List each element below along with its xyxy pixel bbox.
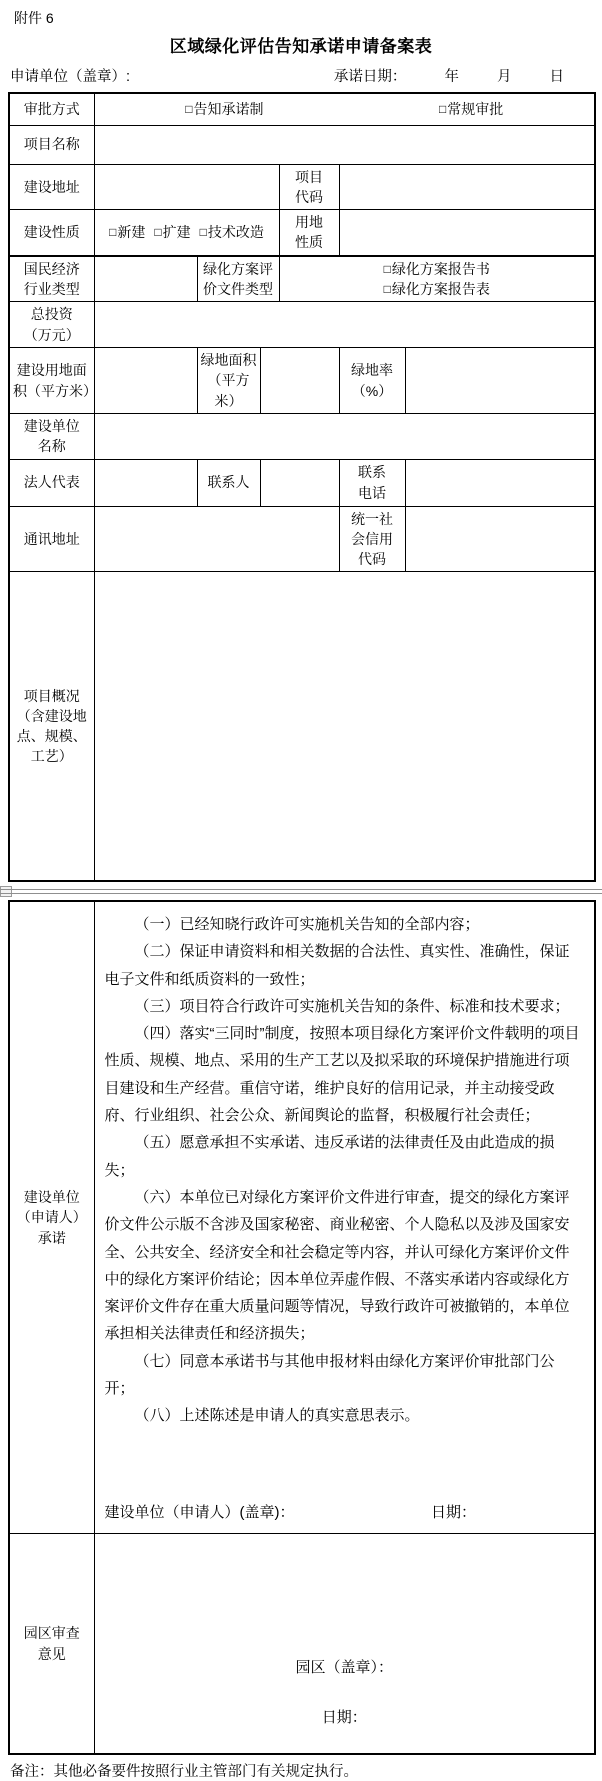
checkbox-icon[interactable]: □ <box>384 262 391 276</box>
legal-rep-field[interactable] <box>94 459 197 506</box>
commitment-date-label: 日期： <box>431 1502 476 1524</box>
mail-address-label: 通讯地址 <box>9 506 94 572</box>
commitment-item: （二）保证申请资料和相关数据的合法性、真实性、准确性，保证电子文件和纸质资料的一… <box>105 938 585 993</box>
table-row: 国民经济 行业类型 绿化方案评 价文件类型 □绿化方案报告书 □绿化方案报告表 <box>9 256 595 302</box>
option-label: 告知承诺制 <box>194 101 264 117</box>
commitment-row-label: 建设单位 （申请人） 承诺 <box>9 901 94 1534</box>
table-row: 建设单位 名称 <box>9 413 595 459</box>
table-row: 总投资 （万元） <box>9 302 595 348</box>
green-rate-label: 绿地率 （%） <box>339 348 405 414</box>
option-expansion[interactable]: □扩建 <box>154 222 190 242</box>
park-date-label: 日期： <box>322 1707 367 1729</box>
investment-label: 总投资 （万元） <box>9 302 94 348</box>
park-review-label: 园区审查 意见 <box>9 1534 94 1754</box>
option-label: 新建 <box>117 224 145 240</box>
commitment-content: （一）已经知晓行政许可实施机关告知的全部内容； （二）保证申请资料和相关数据的合… <box>94 901 595 1534</box>
checkbox-icon[interactable]: □ <box>109 225 116 239</box>
promise-date-label: 承诺日期： <box>334 65 407 86</box>
table-row: 建设性质 □新建 □扩建 □技术改造 用地 性质 <box>9 210 595 256</box>
overview-field[interactable] <box>94 572 595 881</box>
nature-options-cell: □新建 □扩建 □技术改造 <box>94 210 279 256</box>
applicant-stamp-label: 申请单位（盖章）: <box>10 65 130 86</box>
land-use-label: 用地 性质 <box>279 210 339 256</box>
table-row: 审批方式 □告知承诺制 □常规审批 <box>9 93 595 125</box>
park-review-field[interactable]: 园区（盖章）： 日期： <box>94 1534 595 1754</box>
unit-name-field[interactable] <box>94 413 595 459</box>
legal-rep-label: 法人代表 <box>9 459 94 506</box>
eval-doc-type-label: 绿化方案评 价文件类型 <box>197 256 279 302</box>
project-name-label: 项目名称 <box>9 125 94 164</box>
table-row: 园区审查 意见 园区（盖章）： 日期： <box>9 1534 595 1754</box>
option-notification-commitment[interactable]: □告知承诺制 <box>185 99 263 119</box>
checkbox-icon[interactable]: □ <box>154 225 161 239</box>
checkbox-icon[interactable]: □ <box>185 102 192 116</box>
commitment-table: 建设单位 （申请人） 承诺 （一）已经知晓行政许可实施机关告知的全部内容； （二… <box>8 900 596 1755</box>
phone-label: 联系 电话 <box>339 459 405 506</box>
green-rate-field[interactable] <box>405 348 595 414</box>
form-page: 附件 6 区域绿化评估告知承诺申请备案表 申请单位（盖章）: 承诺日期： 年 月… <box>0 0 602 1781</box>
approval-method-cell: □告知承诺制 □常规审批 <box>94 93 595 125</box>
page-title: 区域绿化评估告知承诺申请备案表 <box>8 32 594 57</box>
table-row: 项目名称 <box>9 125 595 164</box>
commitment-signature-row: 建设单位（申请人）(盖章)： 日期： <box>105 1502 585 1524</box>
commitment-item: （七）同意本承诺书与其他申报材料由绿化方案评价审批部门公开； <box>105 1348 585 1403</box>
option-regular-approval[interactable]: □常规审批 <box>439 99 503 119</box>
day-unit: 日 <box>550 65 565 86</box>
footer-note: 备注：其他必备要件按照行业主管部门有关规定执行。 <box>8 1755 594 1781</box>
option-technical-renovation[interactable]: □技术改造 <box>200 222 264 242</box>
commitment-item: （八）上述陈述是申请人的真实意思表示。 <box>105 1402 585 1429</box>
table-row: 法人代表 联系人 联系 电话 <box>9 459 595 506</box>
page-break-line <box>0 889 602 890</box>
commitment-item: （五）愿意承担不实承诺、违反承诺的法律责任及由此造成的损失； <box>105 1129 585 1184</box>
page-break-marker <box>0 885 602 898</box>
project-info-table: 审批方式 □告知承诺制 □常规审批 项目名称 建设地址 项目 代码 建设性质 □… <box>8 92 596 882</box>
eval-doc-options-cell: □绿化方案报告书 □绿化方案报告表 <box>279 256 595 302</box>
industry-type-field[interactable] <box>94 256 197 302</box>
option-greening-report-form[interactable]: □绿化方案报告表 <box>384 279 490 299</box>
option-label: 常规审批 <box>447 101 503 117</box>
checkbox-icon[interactable]: □ <box>200 225 207 239</box>
park-stamp-label: 园区（盖章）： <box>295 1657 393 1679</box>
project-name-field[interactable] <box>94 125 595 164</box>
table-row: 建设单位 （申请人） 承诺 （一）已经知晓行政许可实施机关告知的全部内容； （二… <box>9 901 595 1534</box>
mail-address-field[interactable] <box>94 506 339 572</box>
option-label: 绿化方案报告书 <box>392 261 490 277</box>
investment-field[interactable] <box>94 302 595 348</box>
table-row: 项目概况 （含建设地 点、规模、 工艺） <box>9 572 595 881</box>
land-area-field[interactable] <box>94 348 197 414</box>
page-break-tab-icon <box>0 886 12 897</box>
green-area-field[interactable] <box>260 348 339 414</box>
year-unit: 年 <box>444 65 459 86</box>
option-new-construction[interactable]: □新建 <box>109 222 145 242</box>
table-row: 建设地址 项目 代码 <box>9 164 595 210</box>
phone-field[interactable] <box>405 459 595 506</box>
form-header-line: 申请单位（盖章）: 承诺日期： 年 月 日 <box>8 65 594 92</box>
address-field[interactable] <box>94 164 279 210</box>
credit-code-field[interactable] <box>405 506 595 572</box>
commitment-item: （四）落实“三同时”制度，按照本项目绿化方案评价文件载明的项目性质、规模、地点、… <box>105 1020 585 1129</box>
address-label: 建设地址 <box>9 164 94 210</box>
option-label: 技术改造 <box>208 224 264 240</box>
contact-label: 联系人 <box>197 459 260 506</box>
overview-label: 项目概况 （含建设地 点、规模、 工艺） <box>9 572 94 881</box>
unit-name-label: 建设单位 名称 <box>9 413 94 459</box>
option-label: 绿化方案报告表 <box>392 281 490 297</box>
checkbox-icon[interactable]: □ <box>439 102 446 116</box>
commitment-signature-label: 建设单位（申请人）(盖章)： <box>105 1502 295 1524</box>
month-unit: 月 <box>497 65 512 86</box>
land-area-label: 建设用地面 积（平方米） <box>9 348 94 414</box>
page-break-line <box>0 893 602 894</box>
project-code-label: 项目 代码 <box>279 164 339 210</box>
contact-field[interactable] <box>260 459 339 506</box>
table-row: 通讯地址 统一社 会信用 代码 <box>9 506 595 572</box>
project-code-field[interactable] <box>339 164 595 210</box>
credit-code-label: 统一社 会信用 代码 <box>339 506 405 572</box>
approval-method-label: 审批方式 <box>9 93 94 125</box>
commitment-item: （三）项目符合行政许可实施机关告知的条件、标准和技术要求； <box>105 993 585 1020</box>
checkbox-icon[interactable]: □ <box>384 282 391 296</box>
attachment-label: 附件 6 <box>8 6 594 30</box>
option-label: 扩建 <box>163 224 191 240</box>
green-area-label: 绿地面积 （平方米） <box>197 348 260 414</box>
land-use-field[interactable] <box>339 210 595 256</box>
promise-date-block: 承诺日期： 年 月 日 <box>334 65 564 86</box>
commitment-item: （六）本单位已对绿化方案评价文件进行审查，提交的绿化方案评价文件公示版不含涉及国… <box>105 1184 585 1348</box>
table-row: 建设用地面 积（平方米） 绿地面积 （平方米） 绿地率 （%） <box>9 348 595 414</box>
option-greening-report-book[interactable]: □绿化方案报告书 <box>384 259 490 279</box>
industry-type-label: 国民经济 行业类型 <box>9 256 94 302</box>
commitment-item: （一）已经知晓行政许可实施机关告知的全部内容； <box>105 911 585 938</box>
nature-label: 建设性质 <box>9 210 94 256</box>
